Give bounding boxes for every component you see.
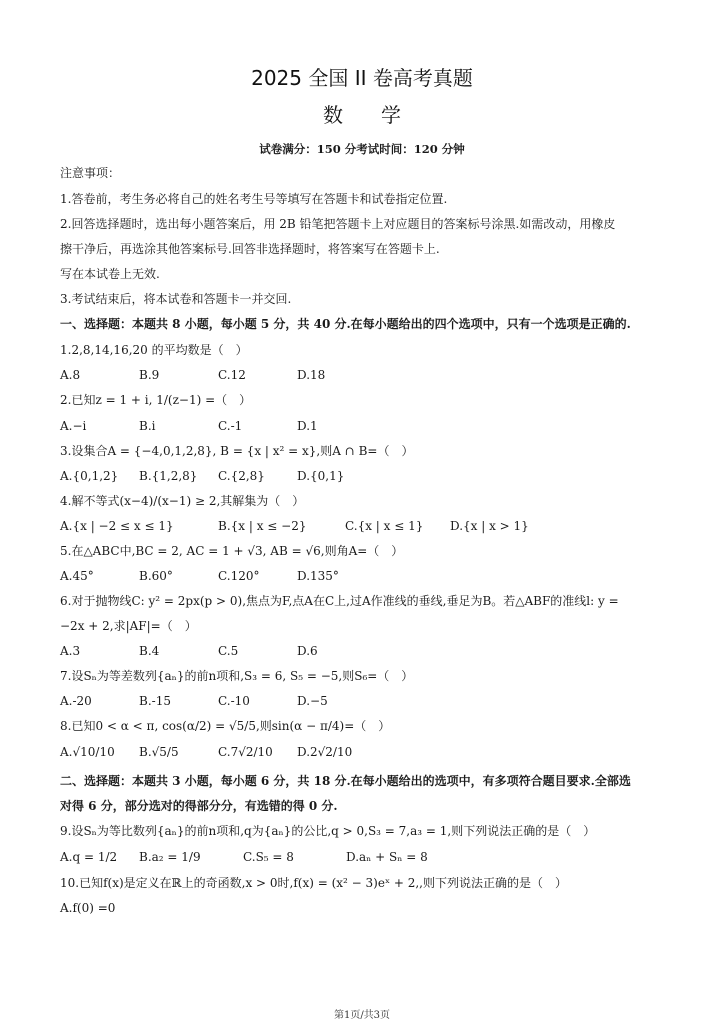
option-c: C.-1 xyxy=(218,418,242,434)
option-d: D.6 xyxy=(297,643,318,659)
option-a: A.8 xyxy=(60,367,80,383)
question-9-stem: 9.设Sₙ为等比数列{aₙ}的前n项和,q为{aₙ}的公比,q > 0,S₃ =… xyxy=(60,823,595,839)
note-item: 3.考试结束后，将本试卷和答题卡一并交回. xyxy=(60,291,291,307)
question-7-stem: 7.设Sₙ为等差数列{aₙ}的前n项和,S₃ = 6, S₅ = −5,则S₆=… xyxy=(60,668,413,684)
question-3-stem: 3.设集合A = {−4,0,1,2,8}, B = {x | x² = x},… xyxy=(60,443,413,459)
option-b: B.9 xyxy=(139,367,159,383)
question-2-stem: 2.已知z = 1 + i, 1/(z−1) =（ ） xyxy=(60,392,251,408)
question-4-stem: 4.解不等式(x−4)/(x−1) ≥ 2,其解集为（ ） xyxy=(60,493,304,509)
option-b: B.i xyxy=(139,418,155,434)
note-item: 写在本试卷上无效. xyxy=(60,266,160,282)
note-item: 擦干净后，再选涂其他答案标号.回答非选择题时，将答案写在答题卡上. xyxy=(60,241,440,257)
option-d: D.aₙ + Sₙ = 8 xyxy=(346,849,428,865)
note-item: 1.答卷前，考生务必将自己的姓名考生号等填写在答题卡和试卷指定位置. xyxy=(60,191,447,207)
section-1-heading: 一、选择题：本题共 8 小题，每小题 5 分，共 40 分.在每小题给出的四个选… xyxy=(60,316,631,332)
exam-meta: 试卷满分：150 分考试时间：120 分钟 xyxy=(0,141,724,157)
question-6-stem-cont: −2x + 2,求|AF|=（ ） xyxy=(60,618,197,634)
option-a: A.{0,1,2} xyxy=(60,468,118,484)
subject-title: 数学 xyxy=(0,99,724,128)
option-a: A.q = 1/2 xyxy=(60,849,117,865)
option-c: C.5 xyxy=(218,643,238,659)
option-c: C.120° xyxy=(218,568,259,584)
option-b: B.a₂ = 1/9 xyxy=(139,849,201,865)
option-b: B.4 xyxy=(139,643,159,659)
option-b: B.-15 xyxy=(139,693,171,709)
option-b: B.{x | x ≤ −2} xyxy=(218,518,306,534)
note-item: 2.回答选择题时，选出每小题答案后，用 2B 铅笔把答题卡上对应题目的答案标号涂… xyxy=(60,216,615,232)
option-d: D.{0,1} xyxy=(297,468,344,484)
option-a: A.f(0) =0 xyxy=(60,900,115,916)
option-a: A.−i xyxy=(60,418,86,434)
option-d: D.135° xyxy=(297,568,339,584)
question-5-stem: 5.在△ABC中,BC = 2, AC = 1 + √3, AB = √6,则角… xyxy=(60,543,403,559)
option-a: A.45° xyxy=(60,568,94,584)
option-c: C.-10 xyxy=(218,693,250,709)
option-c: C.7√2/10 xyxy=(218,744,273,760)
exam-page: 2025 全国 II 卷高考真题 数学 试卷满分：150 分考试时间：120 分… xyxy=(0,0,724,1024)
section-2-heading: 二、选择题：本题共 3 小题，每小题 6 分，共 18 分.在每小题给出的选项中… xyxy=(60,773,631,789)
option-d: D.{x | x > 1} xyxy=(450,518,529,534)
option-c: C.12 xyxy=(218,367,246,383)
option-a: A.√10/10 xyxy=(60,744,115,760)
notes-heading: 注意事项： xyxy=(60,165,120,181)
option-d: D.2√2/10 xyxy=(297,744,352,760)
option-d: D.−5 xyxy=(297,693,328,709)
question-1-stem: 1.2,8,14,16,20 的平均数是（ ） xyxy=(60,342,248,358)
option-b: B.{1,2,8} xyxy=(139,468,197,484)
question-8-stem: 8.已知0 < α < π, cos(α/2) = √5/5,则sin(α − … xyxy=(60,718,390,734)
option-a: A.{x | −2 ≤ x ≤ 1} xyxy=(60,518,174,534)
option-d: D.1 xyxy=(297,418,318,434)
option-a: A.-20 xyxy=(60,693,92,709)
option-a: A.3 xyxy=(60,643,80,659)
option-d: D.18 xyxy=(297,367,325,383)
page-number: 第1页/共3页 xyxy=(0,1006,724,1021)
exam-title: 2025 全国 II 卷高考真题 xyxy=(0,62,724,91)
option-c: C.{x | x ≤ 1} xyxy=(345,518,423,534)
option-b: B.√5/5 xyxy=(139,744,179,760)
option-c: C.S₅ = 8 xyxy=(243,849,294,865)
option-b: B.60° xyxy=(139,568,173,584)
option-c: C.{2,8} xyxy=(218,468,265,484)
question-6-stem: 6.对于抛物线C: y² = 2px(p > 0),焦点为F,点A在C上,过A作… xyxy=(60,593,619,609)
question-10-stem: 10.已知f(x)是定义在ℝ上的奇函数,x > 0时,f(x) = (x² − … xyxy=(60,875,567,891)
section-2-heading-cont: 对得 6 分，部分选对的得部分分，有选错的得 0 分. xyxy=(60,798,338,814)
